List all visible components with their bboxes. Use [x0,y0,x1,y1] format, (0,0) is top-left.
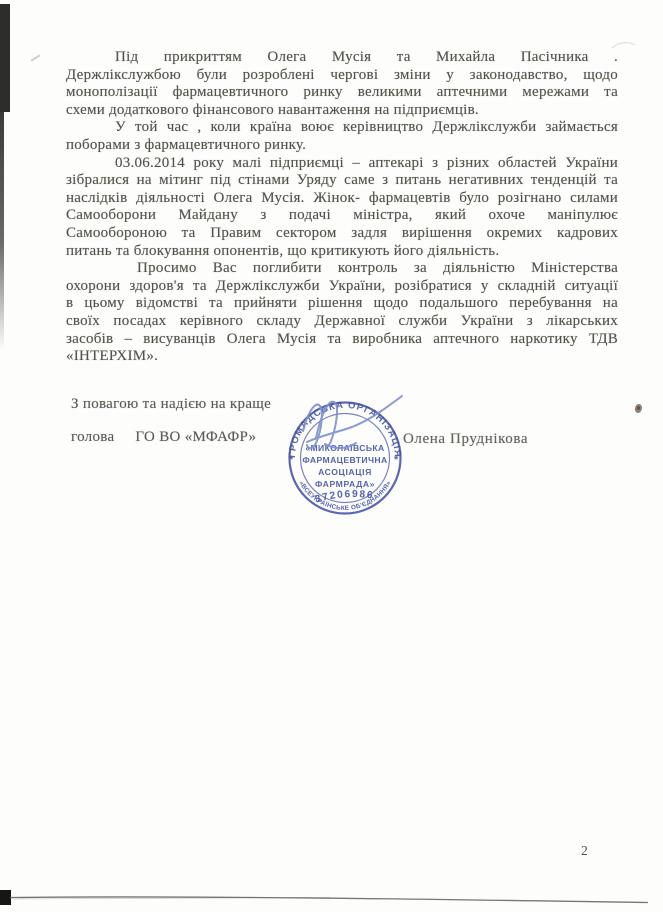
text-line: Держлікслужбою були розроблені чергові з… [66,67,618,85]
signature-role-title: голова [71,429,114,445]
text-line: Просимо Вас поглибити контроль за діяльн… [66,260,618,278]
scan-bottom-edge [0,888,663,912]
text-line: «ІНТЕРХІМ». [66,348,618,366]
text-line: поборами з фармацевтичного ринку. [66,137,618,155]
stamp-center-line-3: АСОЦІАЦІЯ [318,467,372,477]
signature-role: головаГО ВО «МФАФР» [71,429,256,446]
page-number: 2 [581,843,588,859]
scan-margin-dash [30,54,40,62]
text-line: Під прикриттям Олега Мусія та Михайла Па… [66,49,618,67]
stamp-star-left: * [289,454,294,466]
text-line: 03.06.2014 року малі підприємці – аптека… [66,155,618,173]
scanned-letter-page: Під прикриттям Олега Мусія та Михайла Па… [0,0,663,912]
text-line: монополізації фармацевтичного ринку вели… [66,84,618,102]
closing-line: З повагою та надією на краще [71,396,271,413]
scan-edge-strip-fade [0,112,4,350]
scan-edge-strip [0,4,10,112]
text-line: зібралися на мітинг під стінами Уряду са… [66,172,618,190]
stamp-center-line-2: ФАРМАЦЕВТИЧНА [302,455,387,465]
text-line: Самооборони Майдану з подачі міністра, я… [66,207,618,225]
text-line: охорони здоров'я та Держлікслужби Україн… [66,278,618,296]
stamp-star-right: * [394,454,399,466]
text-line: своїх посадах керівного складу Державної… [66,313,618,331]
scan-speck-dark [637,406,640,410]
text-line: в цьому відомстві та прийняти рішення що… [66,295,618,313]
organization-stamp: ГРОМАДСЬКА ОРГАНІЗАЦІЯ «ВСЕУКРАЇНСЬКЕ ОБ… [281,392,413,528]
text-line: Самообороною та Правим сектором задля ви… [66,225,618,243]
signature-role-org: ГО ВО «МФАФР» [135,429,256,446]
stamp-center-line-4: ФАРМРАДА» [315,479,375,489]
text-line: засобів – висуванців Олега Мусія та виро… [66,331,618,349]
text-line: наслідків діяльності Олега Мусія. Жінок-… [66,190,618,208]
text-line: схеми додаткового фінансового навантажен… [66,102,618,120]
letter-body: Під прикриттям Олега Мусія та Михайла Па… [66,49,618,366]
signature-name: Олена Пруднікова [403,431,528,448]
text-line: У той час , коли країна воює керівництво… [66,119,618,137]
text-line: питань та блокування опонентів, що крити… [66,243,618,261]
